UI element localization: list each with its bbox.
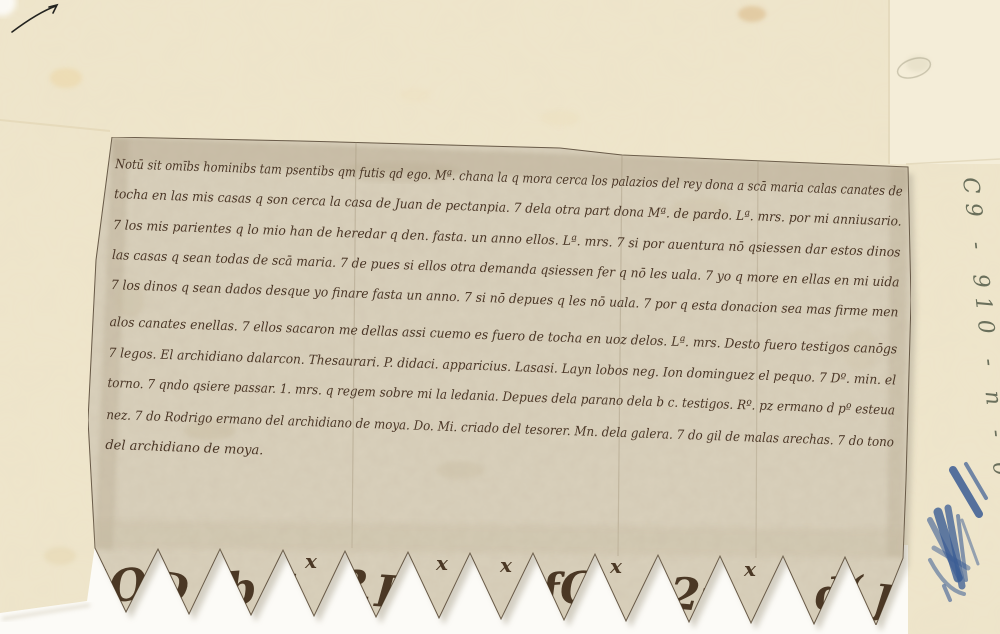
stain bbox=[540, 110, 580, 126]
photograph-of-charter: Notū sit omībs hominibs tam psentibs qm … bbox=[0, 0, 1000, 634]
stain bbox=[738, 6, 766, 22]
chirograph-letter-fragment: x bbox=[499, 553, 513, 577]
backing-light-strip bbox=[890, 0, 1000, 164]
chirograph-letter-fragment: x bbox=[435, 551, 449, 575]
chirograph-letter-fragment: x bbox=[743, 557, 757, 581]
chirograph-letter-fragment: x bbox=[609, 554, 623, 578]
charter-photo-canvas: Notū sit omībs hominibs tam psentibs qm … bbox=[0, 0, 1000, 634]
stain bbox=[50, 68, 82, 88]
parchment-stain bbox=[436, 461, 484, 479]
stain bbox=[44, 547, 76, 565]
chirograph-letter-fragment: x bbox=[304, 549, 318, 573]
stain bbox=[399, 88, 431, 102]
